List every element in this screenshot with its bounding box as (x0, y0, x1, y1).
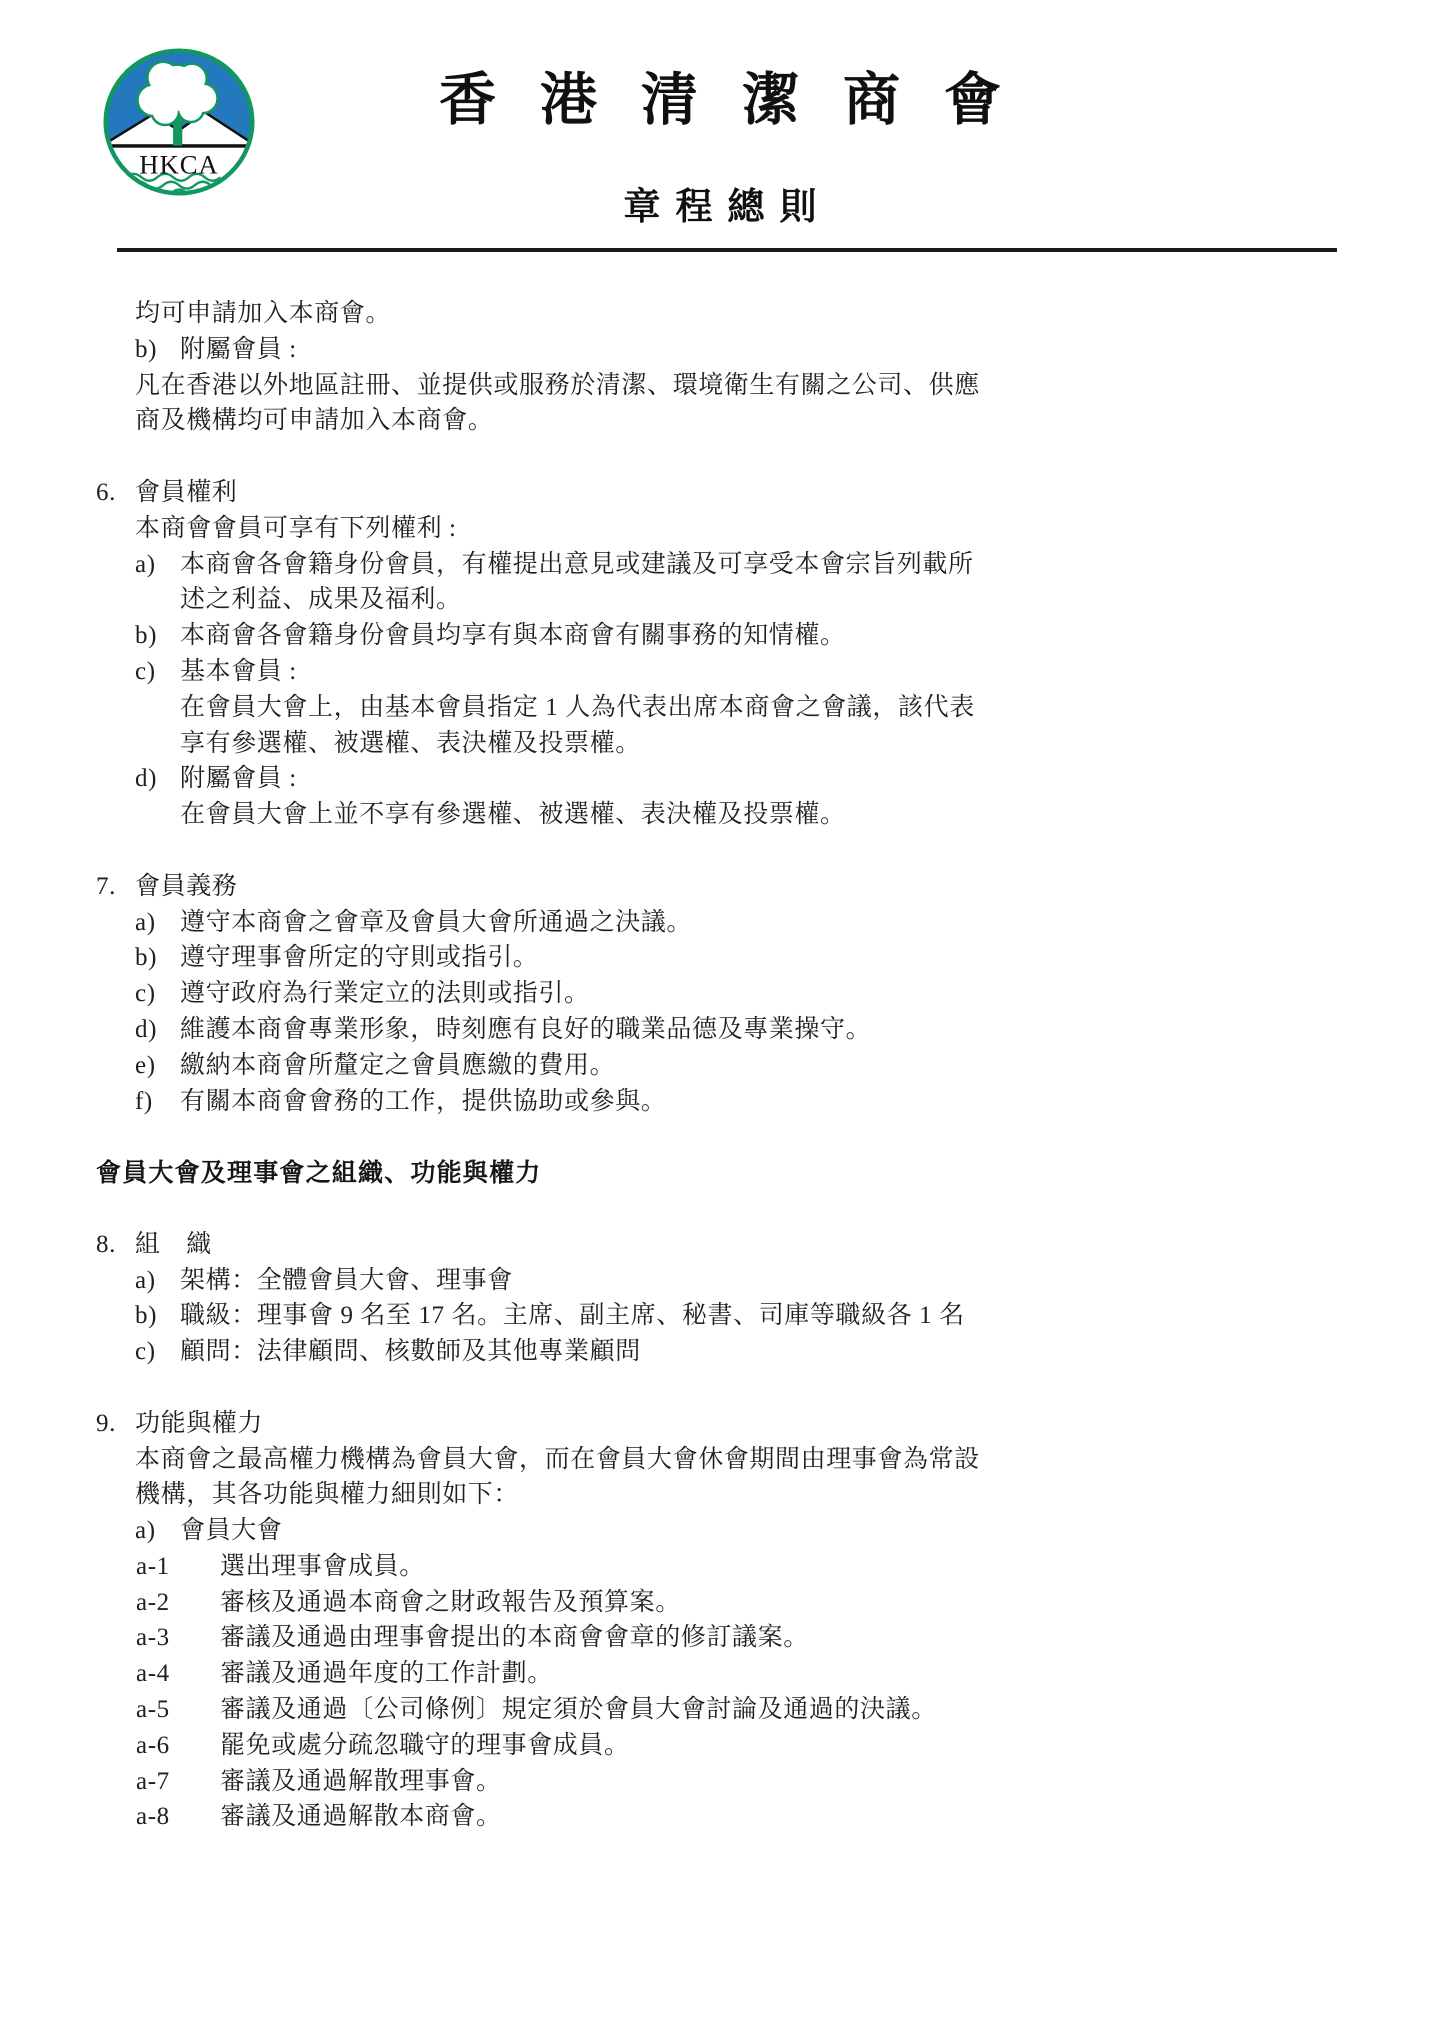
document-body: 均可申請加入本商會。 b)附屬會員 : 凡在香港以外地區註冊、並提供或服務於清潔… (0, 296, 1440, 1835)
line-text: 會員義務 (135, 873, 237, 900)
doc-line: a-1選出理事會成員。 (0, 1549, 1440, 1585)
doc-line: b)附屬會員 : (0, 332, 1440, 368)
doc-line: a)遵守本商會之會章及會員大會所通過之決議。 (0, 905, 1440, 941)
section-number: 9. (96, 1406, 116, 1442)
list-label: a) (135, 1513, 156, 1549)
doc-line: a-8審議及通過解散本商會。 (0, 1799, 1440, 1835)
line-text: 享有參選權、被選權、表決權及投票權。 (180, 730, 641, 757)
doc-line: a)架構：全體會員大會、理事會 (0, 1263, 1440, 1299)
list-label: e) (135, 1048, 156, 1084)
list-label: a-5 (136, 1692, 170, 1728)
header-divider (117, 248, 1337, 252)
line-text: 商及機構均可申請加入本商會。 (135, 407, 493, 434)
doc-line: a-5審議及通過〔公司條例〕規定須於會員大會討論及通過的決議。 (0, 1692, 1440, 1728)
doc-line: 凡在香港以外地區註冊、並提供或服務於清潔、環境衛生有關之公司、供應 (0, 368, 1440, 404)
list-label: c) (135, 654, 156, 690)
line-text: 遵守本商會之會章及會員大會所通過之決議。 (180, 909, 692, 936)
line-text: 本商會之最高權力機構為會員大會，而在會員大會休會期間由理事會為常設 (135, 1446, 980, 1473)
list-label: b) (135, 940, 157, 976)
doc-line: a-4審議及通過年度的工作計劃。 (0, 1656, 1440, 1692)
list-label: c) (135, 976, 156, 1012)
section-7-title: 7.會員義務 (0, 869, 1440, 905)
section-number: 8. (96, 1227, 116, 1263)
list-label: a-8 (136, 1799, 170, 1835)
line-text: 組 織 (135, 1231, 212, 1258)
doc-line: d)維護本商會專業形象，時刻應有良好的職業品德及專業操守。 (0, 1012, 1440, 1048)
line-text: 繳納本商會所釐定之會員應繳的費用。 (180, 1052, 615, 1079)
list-label: a) (135, 547, 156, 583)
doc-line: c)基本會員 : (0, 654, 1440, 690)
line-text: 遵守政府為行業定立的法則或指引。 (180, 980, 590, 1007)
line-text: 審議及通過由理事會提出的本商會會章的修訂議案。 (220, 1624, 809, 1651)
doc-line: 享有參選權、被選權、表決權及投票權。 (0, 726, 1440, 762)
doc-line: a-2審核及通過本商會之財政報告及預算案。 (0, 1585, 1440, 1621)
list-label: a-1 (136, 1549, 170, 1585)
list-label: b) (135, 1298, 157, 1334)
list-label: b) (135, 332, 157, 368)
list-label: c) (135, 1334, 156, 1370)
list-label: a-7 (136, 1764, 170, 1800)
document-page: HKCA 香港清潔商會 章程總則 均可申請加入本商會。 b)附屬會員 : 凡在香… (0, 0, 1440, 2036)
line-text: 述之利益、成果及福利。 (180, 586, 462, 613)
line-text: 在會員大會上並不享有參選權、被選權、表決權及投票權。 (180, 801, 846, 828)
list-label: a) (135, 1263, 156, 1299)
logo-acronym: HKCA (139, 149, 218, 179)
line-text: 職級：理事會 9 名至 17 名。主席、副主席、秘書、司庫等職級各 1 名 (180, 1302, 965, 1329)
line-text: 均可申請加入本商會。 (135, 300, 391, 327)
page-subtitle: 章程總則 (0, 176, 1440, 230)
doc-line: a)會員大會 (0, 1513, 1440, 1549)
line-text: 審議及通過〔公司條例〕規定須於會員大會討論及通過的決議。 (220, 1696, 937, 1723)
line-text: 附屬會員 : (180, 765, 297, 792)
section-6-title: 6.會員權利 (0, 475, 1440, 511)
page-title: 香港清潔商會 (0, 54, 1440, 136)
section-9-title: 9.功能與權力 (0, 1406, 1440, 1442)
section-number: 6. (96, 475, 116, 511)
line-text: 功能與權力 (135, 1410, 263, 1437)
list-label: b) (135, 618, 157, 654)
doc-line: 在會員大會上並不享有參選權、被選權、表決權及投票權。 (0, 797, 1440, 833)
line-text: 凡在香港以外地區註冊、並提供或服務於清潔、環境衛生有關之公司、供應 (135, 372, 980, 399)
list-label: a-2 (136, 1585, 170, 1621)
line-text: 遵守理事會所定的守則或指引。 (180, 944, 538, 971)
doc-line: c)顧問：法律顧問、核數師及其他專業顧問 (0, 1334, 1440, 1370)
line-text: 附屬會員 : (180, 336, 297, 363)
line-text: 本商會各會籍身份會員均享有與本商會有關事務的知情權。 (180, 622, 846, 649)
line-text: 罷免或處分疏忽職守的理事會成員。 (220, 1732, 630, 1759)
section-8-title: 8.組 織 (0, 1227, 1440, 1263)
doc-line: b)本商會各會籍身份會員均享有與本商會有關事務的知情權。 (0, 618, 1440, 654)
doc-line: c)遵守政府為行業定立的法則或指引。 (0, 976, 1440, 1012)
list-label: a-6 (136, 1728, 170, 1764)
line-text: 架構：全體會員大會、理事會 (180, 1267, 513, 1294)
doc-line: b)遵守理事會所定的守則或指引。 (0, 940, 1440, 976)
list-label: d) (135, 761, 157, 797)
doc-line: f)有關本商會會務的工作，提供協助或參與。 (0, 1084, 1440, 1120)
list-label: a-3 (136, 1620, 170, 1656)
section-heading: 會員大會及理事會之組織、功能與權力 (0, 1155, 1440, 1191)
line-text: 機構，其各功能與權力細則如下： (135, 1481, 519, 1508)
doc-line: 述之利益、成果及福利。 (0, 582, 1440, 618)
doc-line: a-7審議及通過解散理事會。 (0, 1764, 1440, 1800)
line-text: 審議及通過解散理事會。 (220, 1768, 502, 1795)
line-text: 選出理事會成員。 (220, 1553, 425, 1580)
section-number: 7. (96, 869, 116, 905)
line-text: 會員權利 (135, 479, 237, 506)
doc-line: e)繳納本商會所釐定之會員應繳的費用。 (0, 1048, 1440, 1084)
doc-line: b)職級：理事會 9 名至 17 名。主席、副主席、秘書、司庫等職級各 1 名 (0, 1298, 1440, 1334)
line-text: 在會員大會上，由基本會員指定 1 人為代表出席本商會之會議，該代表 (180, 694, 975, 721)
list-label: a-4 (136, 1656, 170, 1692)
doc-line: a-3審議及通過由理事會提出的本商會會章的修訂議案。 (0, 1620, 1440, 1656)
line-text: 會員大會 (180, 1517, 282, 1544)
doc-line: 商及機構均可申請加入本商會。 (0, 403, 1440, 439)
doc-line: 機構，其各功能與權力細則如下： (0, 1477, 1440, 1513)
doc-line: 在會員大會上，由基本會員指定 1 人為代表出席本商會之會議，該代表 (0, 690, 1440, 726)
line-text: 本商會各會籍身份會員，有權提出意見或建議及可享受本會宗旨列載所 (180, 551, 974, 578)
line-text: 顧問：法律顧問、核數師及其他專業顧問 (180, 1338, 641, 1365)
line-text: 本商會會員可享有下列權利 : (135, 515, 457, 542)
line-text: 審議及通過年度的工作計劃。 (220, 1660, 553, 1687)
line-text: 審核及通過本商會之財政報告及預算案。 (220, 1589, 681, 1616)
line-text: 有關本商會會務的工作，提供協助或參與。 (180, 1088, 666, 1115)
doc-line: 本商會會員可享有下列權利 : (0, 511, 1440, 547)
doc-line: 均可申請加入本商會。 (0, 296, 1440, 332)
doc-line: a)本商會各會籍身份會員，有權提出意見或建議及可享受本會宗旨列載所 (0, 547, 1440, 583)
line-text: 審議及通過解散本商會。 (220, 1803, 502, 1830)
list-label: a) (135, 905, 156, 941)
list-label: f) (135, 1084, 153, 1120)
doc-line: 本商會之最高權力機構為會員大會，而在會員大會休會期間由理事會為常設 (0, 1442, 1440, 1478)
list-label: d) (135, 1012, 157, 1048)
doc-line: d)附屬會員 : (0, 761, 1440, 797)
heading-text: 會員大會及理事會之組織、功能與權力 (96, 1158, 541, 1187)
line-text: 基本會員 : (180, 658, 297, 685)
doc-line: a-6罷免或處分疏忽職守的理事會成員。 (0, 1728, 1440, 1764)
line-text: 維護本商會專業形象，時刻應有良好的職業品德及專業操守。 (180, 1016, 871, 1043)
